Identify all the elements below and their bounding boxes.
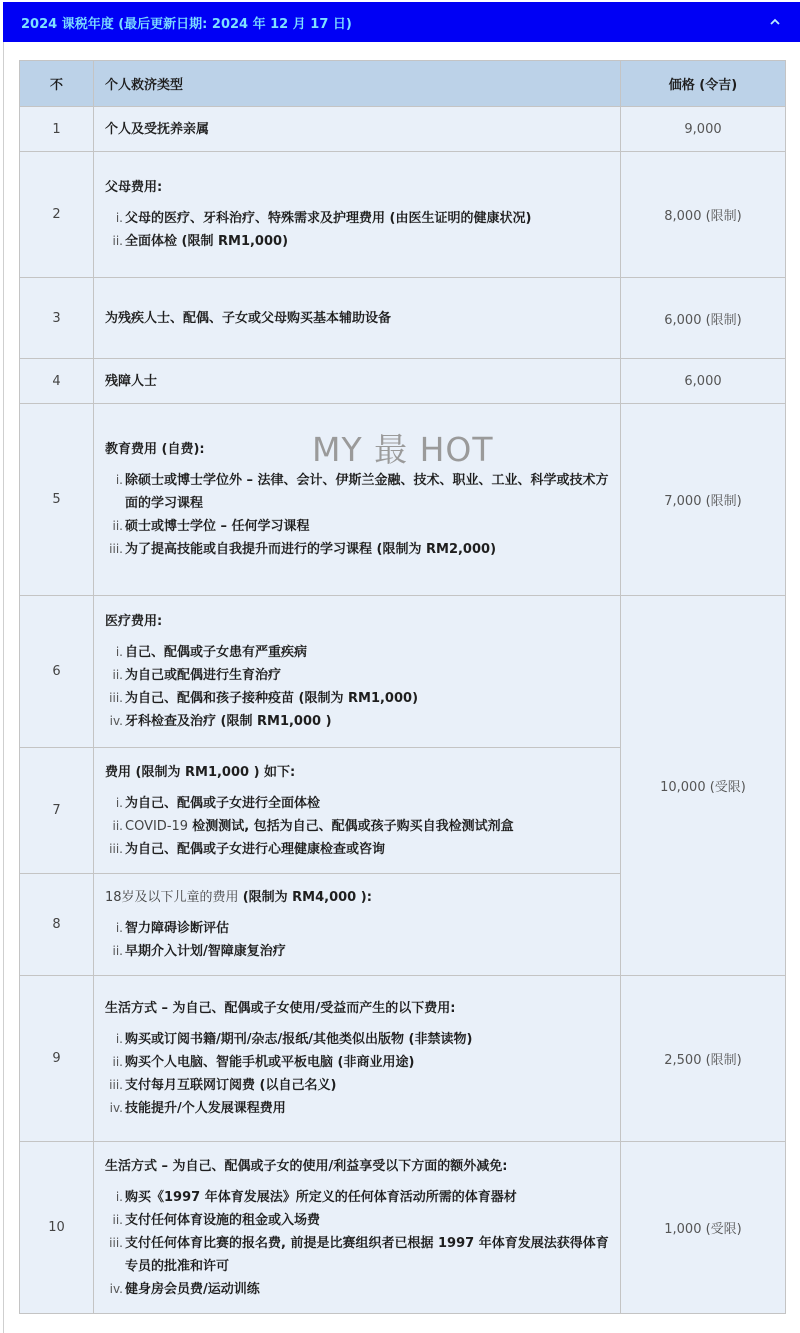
- table-row: 9 生活方式 – 为自己、配偶或子女使用/受益而产生的以下费用: i.购买或订阅…: [20, 976, 786, 1142]
- row-intro: 父母费用:: [105, 176, 610, 199]
- sub-item: i.购买《1997 年体育发展法》所定义的任何体育活动所需的体育器材: [105, 1186, 610, 1209]
- row-relief-type: 18岁及以下儿童的费用 (限制为 RM4,000 ): i.智力障碍诊断评估 i…: [94, 874, 621, 976]
- row-amount: 7,000 (限制): [621, 404, 786, 596]
- row-intro: 教育费用 (自费):: [105, 438, 610, 461]
- row-intro: 生活方式 – 为自己、配偶或子女使用/受益而产生的以下费用:: [105, 997, 610, 1020]
- sub-item: i.父母的医疗、牙科治疗、特殊需求及护理费用 (由医生证明的健康状况): [105, 207, 610, 230]
- row-no: 8: [20, 874, 94, 976]
- row-intro: 为残疾人士、配偶、子女或父母购买基本辅助设备: [105, 307, 610, 330]
- sub-item: ii.为自己或配偶进行生育治疗: [105, 664, 610, 687]
- header-no: 不: [20, 61, 94, 107]
- sub-item: i.为自己、配偶或子女进行全面体检: [105, 792, 610, 815]
- sub-item: iv.技能提升/个人发展课程费用: [105, 1097, 610, 1120]
- sub-item: ii.购买个人电脑、智能手机或平板电脑 (非商业用途): [105, 1051, 610, 1074]
- sub-item-list: i.为自己、配偶或子女进行全面体检 ii.COVID-19 检测测试, 包括为自…: [105, 792, 610, 861]
- accordion-title: 2024 课税年度 (最后更新日期: 2024 年 12 月 17 日): [21, 13, 352, 32]
- sub-item: i.购买或订阅书籍/期刊/杂志/报纸/其他类似出版物 (非禁读物): [105, 1028, 610, 1051]
- row-no: 2: [20, 152, 94, 278]
- row-relief-type: 父母费用: i.父母的医疗、牙科治疗、特殊需求及护理费用 (由医生证明的健康状况…: [94, 152, 621, 278]
- row-amount: 8,000 (限制): [621, 152, 786, 278]
- sub-item: i.除硕士或博士学位外 – 法律、会计、伊斯兰金融、技术、职业、工业、科学或技术…: [105, 469, 610, 515]
- sub-item: ii.全面体检 (限制 RM1,000): [105, 230, 610, 253]
- row-amount: 6,000 (限制): [621, 278, 786, 359]
- table-row: 5 教育费用 (自费): i.除硕士或博士学位外 – 法律、会计、伊斯兰金融、技…: [20, 404, 786, 596]
- row-no: 4: [20, 359, 94, 404]
- sub-item: iii.为自己、配偶和孩子接种疫苗 (限制为 RM1,000): [105, 687, 610, 710]
- row-no: 3: [20, 278, 94, 359]
- sub-item-list: i.除硕士或博士学位外 – 法律、会计、伊斯兰金融、技术、职业、工业、科学或技术…: [105, 469, 610, 561]
- row-no: 7: [20, 748, 94, 874]
- table-header-row: 不 个人救济类型 価格 (令吉): [20, 61, 786, 107]
- table-row: 4 残障人士 6,000: [20, 359, 786, 404]
- row-intro: 18岁及以下儿童的费用 (限制为 RM4,000 ):: [105, 886, 610, 909]
- table-row: 6 医疗费用: i.自己、配偶或子女患有严重疾病 ii.为自己或配偶进行生育治疗…: [20, 596, 786, 748]
- sub-item-list: i.购买《1997 年体育发展法》所定义的任何体育活动所需的体育器材 ii.支付…: [105, 1186, 610, 1301]
- sub-item: ii.COVID-19 检测测试, 包括为自己、配偶或孩子购买自我检测试剂盒: [105, 815, 610, 838]
- sub-item-list: i.智力障碍诊断评估 ii.早期介入计划/智障康复治疗: [105, 917, 610, 963]
- row-intro: 费用 (限制为 RM1,000 ) 如下:: [105, 761, 610, 784]
- sub-item: iii.支付任何体育比赛的报名费, 前提是比赛组织者已根据 1997 年体育发展…: [105, 1232, 610, 1278]
- row-relief-type: 为残疾人士、配偶、子女或父母购买基本辅助设备: [94, 278, 621, 359]
- header-relief-type: 个人救济类型: [94, 61, 621, 107]
- header-amount: 価格 (令吉): [621, 61, 786, 107]
- row-no: 1: [20, 107, 94, 152]
- sub-item: iv.牙科检查及治疗 (限制 RM1,000 ): [105, 710, 610, 733]
- sub-item: iii.为自己、配偶或子女进行心理健康检查或咨询: [105, 838, 610, 861]
- row-amount: 10,000 (受限): [621, 596, 786, 976]
- row-relief-type: 生活方式 – 为自己、配偶或子女的使用/利益享受以下方面的额外减免: i.购买《…: [94, 1142, 621, 1314]
- row-no: 10: [20, 1142, 94, 1314]
- row-relief-type: 医疗费用: i.自己、配偶或子女患有严重疾病 ii.为自己或配偶进行生育治疗 i…: [94, 596, 621, 748]
- row-amount: 9,000: [621, 107, 786, 152]
- chevron-up-icon[interactable]: [768, 15, 782, 29]
- row-amount: 6,000: [621, 359, 786, 404]
- table-row: 10 生活方式 – 为自己、配偶或子女的使用/利益享受以下方面的额外减免: i.…: [20, 1142, 786, 1314]
- row-intro: 残障人士: [105, 370, 610, 393]
- row-relief-type: 残障人士: [94, 359, 621, 404]
- row-intro: 医疗费用:: [105, 610, 610, 633]
- row-intro: 个人及受抚养亲属: [105, 118, 610, 141]
- row-intro: 生活方式 – 为自己、配偶或子女的使用/利益享受以下方面的额外减免:: [105, 1155, 610, 1178]
- table-row: 1 个人及受抚养亲属 9,000: [20, 107, 786, 152]
- sub-item: ii.支付任何体育设施的租金或入场费: [105, 1209, 610, 1232]
- row-relief-type: 教育费用 (自费): i.除硕士或博士学位外 – 法律、会计、伊斯兰金融、技术、…: [94, 404, 621, 596]
- sub-item: iv.健身房会员费/运动训练: [105, 1278, 610, 1301]
- table-row: 2 父母费用: i.父母的医疗、牙科治疗、特殊需求及护理费用 (由医生证明的健康…: [20, 152, 786, 278]
- row-relief-type: 生活方式 – 为自己、配偶或子女使用/受益而产生的以下费用: i.购买或订阅书籍…: [94, 976, 621, 1142]
- sub-item: iii.为了提高技能或自我提升而进行的学习课程 (限制为 RM2,000): [105, 538, 610, 561]
- sub-item: iii.支付每月互联网订阅费 (以自己名义): [105, 1074, 610, 1097]
- row-relief-type: 个人及受抚养亲属: [94, 107, 621, 152]
- sub-item-list: i.购买或订阅书籍/期刊/杂志/报纸/其他类似出版物 (非禁读物) ii.购买个…: [105, 1028, 610, 1120]
- row-no: 9: [20, 976, 94, 1142]
- row-no: 5: [20, 404, 94, 596]
- sub-item-list: i.父母的医疗、牙科治疗、特殊需求及护理费用 (由医生证明的健康状况) ii.全…: [105, 207, 610, 253]
- table-row: 3 为残疾人士、配偶、子女或父母购买基本辅助设备 6,000 (限制): [20, 278, 786, 359]
- row-no: 6: [20, 596, 94, 748]
- row-amount: 1,000 (受限): [621, 1142, 786, 1314]
- sub-item: ii.早期介入计划/智障康复治疗: [105, 940, 610, 963]
- row-relief-type: 费用 (限制为 RM1,000 ) 如下: i.为自己、配偶或子女进行全面体检 …: [94, 748, 621, 874]
- sub-item-list: i.自己、配偶或子女患有严重疾病 ii.为自己或配偶进行生育治疗 iii.为自己…: [105, 641, 610, 733]
- sub-item: ii.硕士或博士学位 – 任何学习课程: [105, 515, 610, 538]
- tax-relief-table: 不 个人救济类型 価格 (令吉) 1 个人及受抚养亲属 9,000 2 父母费用…: [19, 60, 786, 1314]
- sub-item: i.智力障碍诊断评估: [105, 917, 610, 940]
- accordion-header[interactable]: 2024 课税年度 (最后更新日期: 2024 年 12 月 17 日): [3, 2, 800, 42]
- row-amount: 2,500 (限制): [621, 976, 786, 1142]
- sub-item: i.自己、配偶或子女患有严重疾病: [105, 641, 610, 664]
